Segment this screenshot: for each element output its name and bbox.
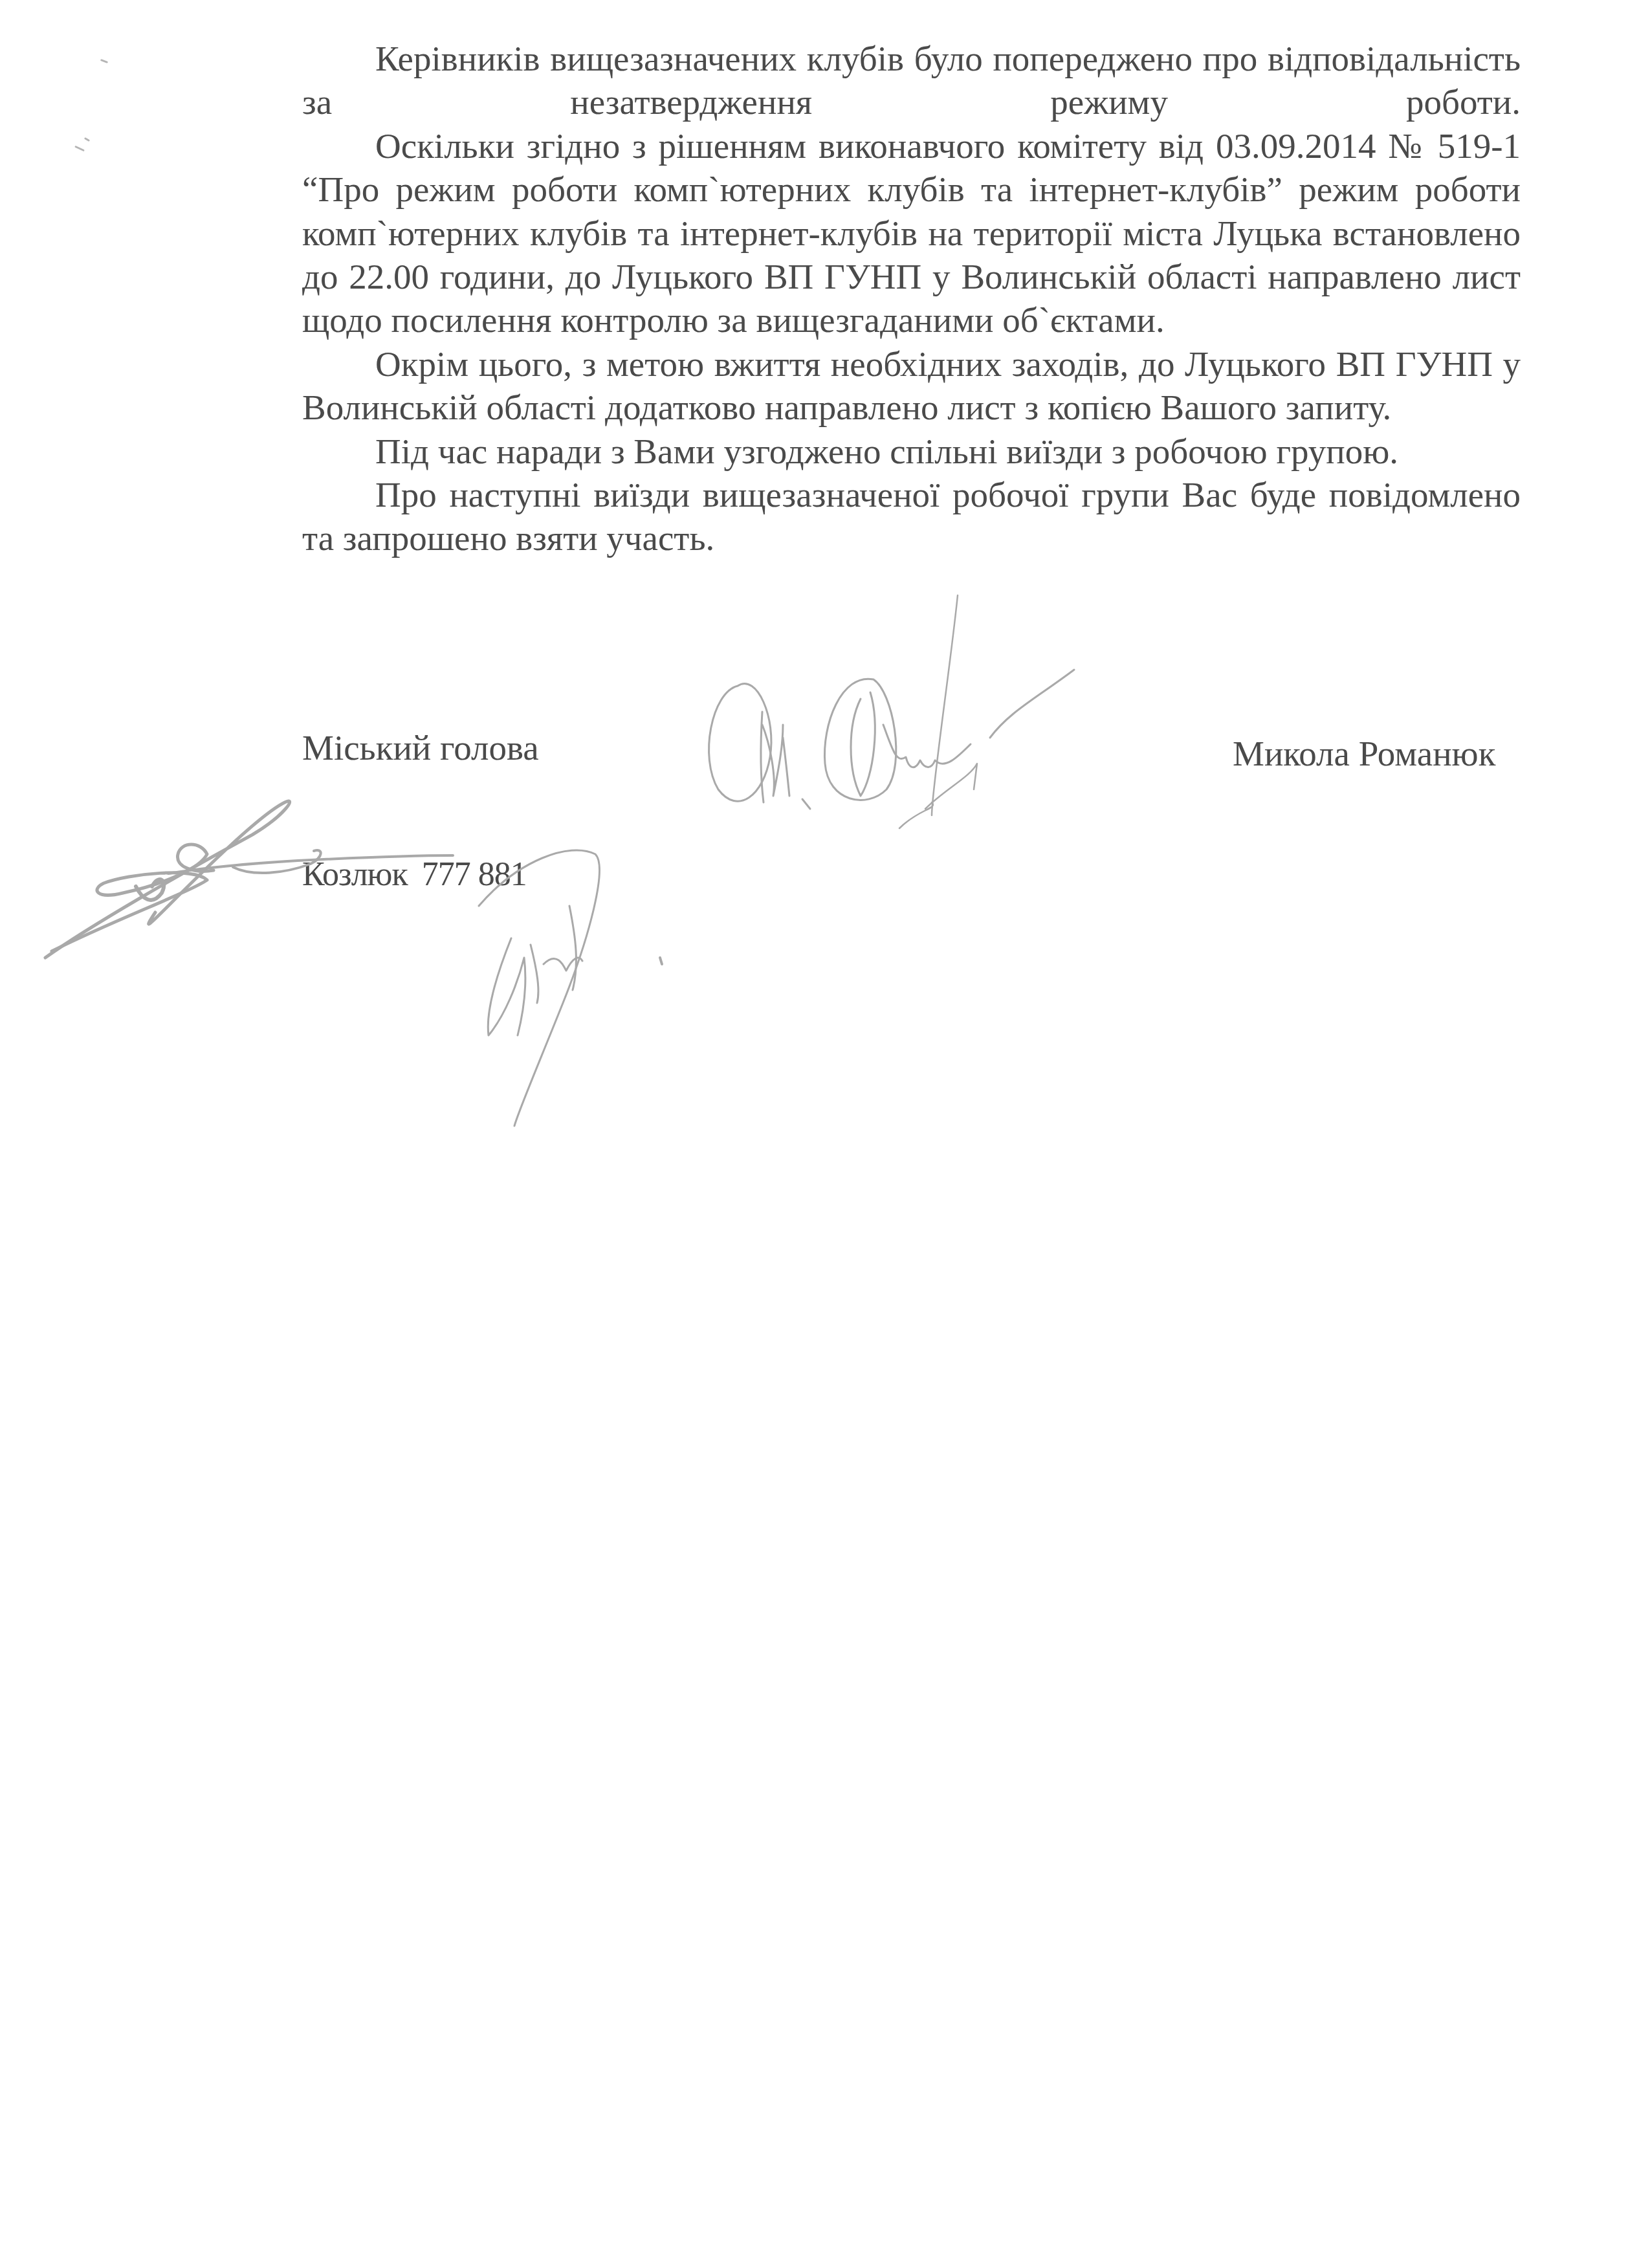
paragraph-working-hours: Оскільки згідно з рішенням виконавчого к… — [302, 124, 1521, 342]
scanned-letter-page: Керівників вищезазначених клубів було по… — [0, 0, 1650, 2268]
paragraph-warning: Керівників вищезазначених клубів було по… — [302, 37, 1521, 124]
scan-speck — [74, 146, 85, 151]
mayor-signature-icon — [686, 595, 1216, 828]
letter-body: Керівників вищезазначених клубів було по… — [302, 37, 1521, 560]
paragraph-invitation: Про наступні виїзди вищезазначеної робоч… — [302, 473, 1521, 560]
signer-name: Микола Романюк — [1233, 732, 1495, 775]
executor-phone: 777 881 — [422, 856, 527, 893]
scan-speck — [100, 59, 108, 63]
paragraph-additional-letter: Окрім цього, з метою вжиття необхідних з… — [302, 342, 1521, 430]
paragraph-joint-visits: Під час наради з Вами узгоджено спільні … — [302, 430, 1521, 473]
executor-name: Козлюк — [302, 856, 408, 893]
scan-speck — [84, 137, 90, 142]
executor-line: Козлюк777 881 — [302, 853, 527, 896]
signer-position: Міський голова — [302, 726, 539, 769]
